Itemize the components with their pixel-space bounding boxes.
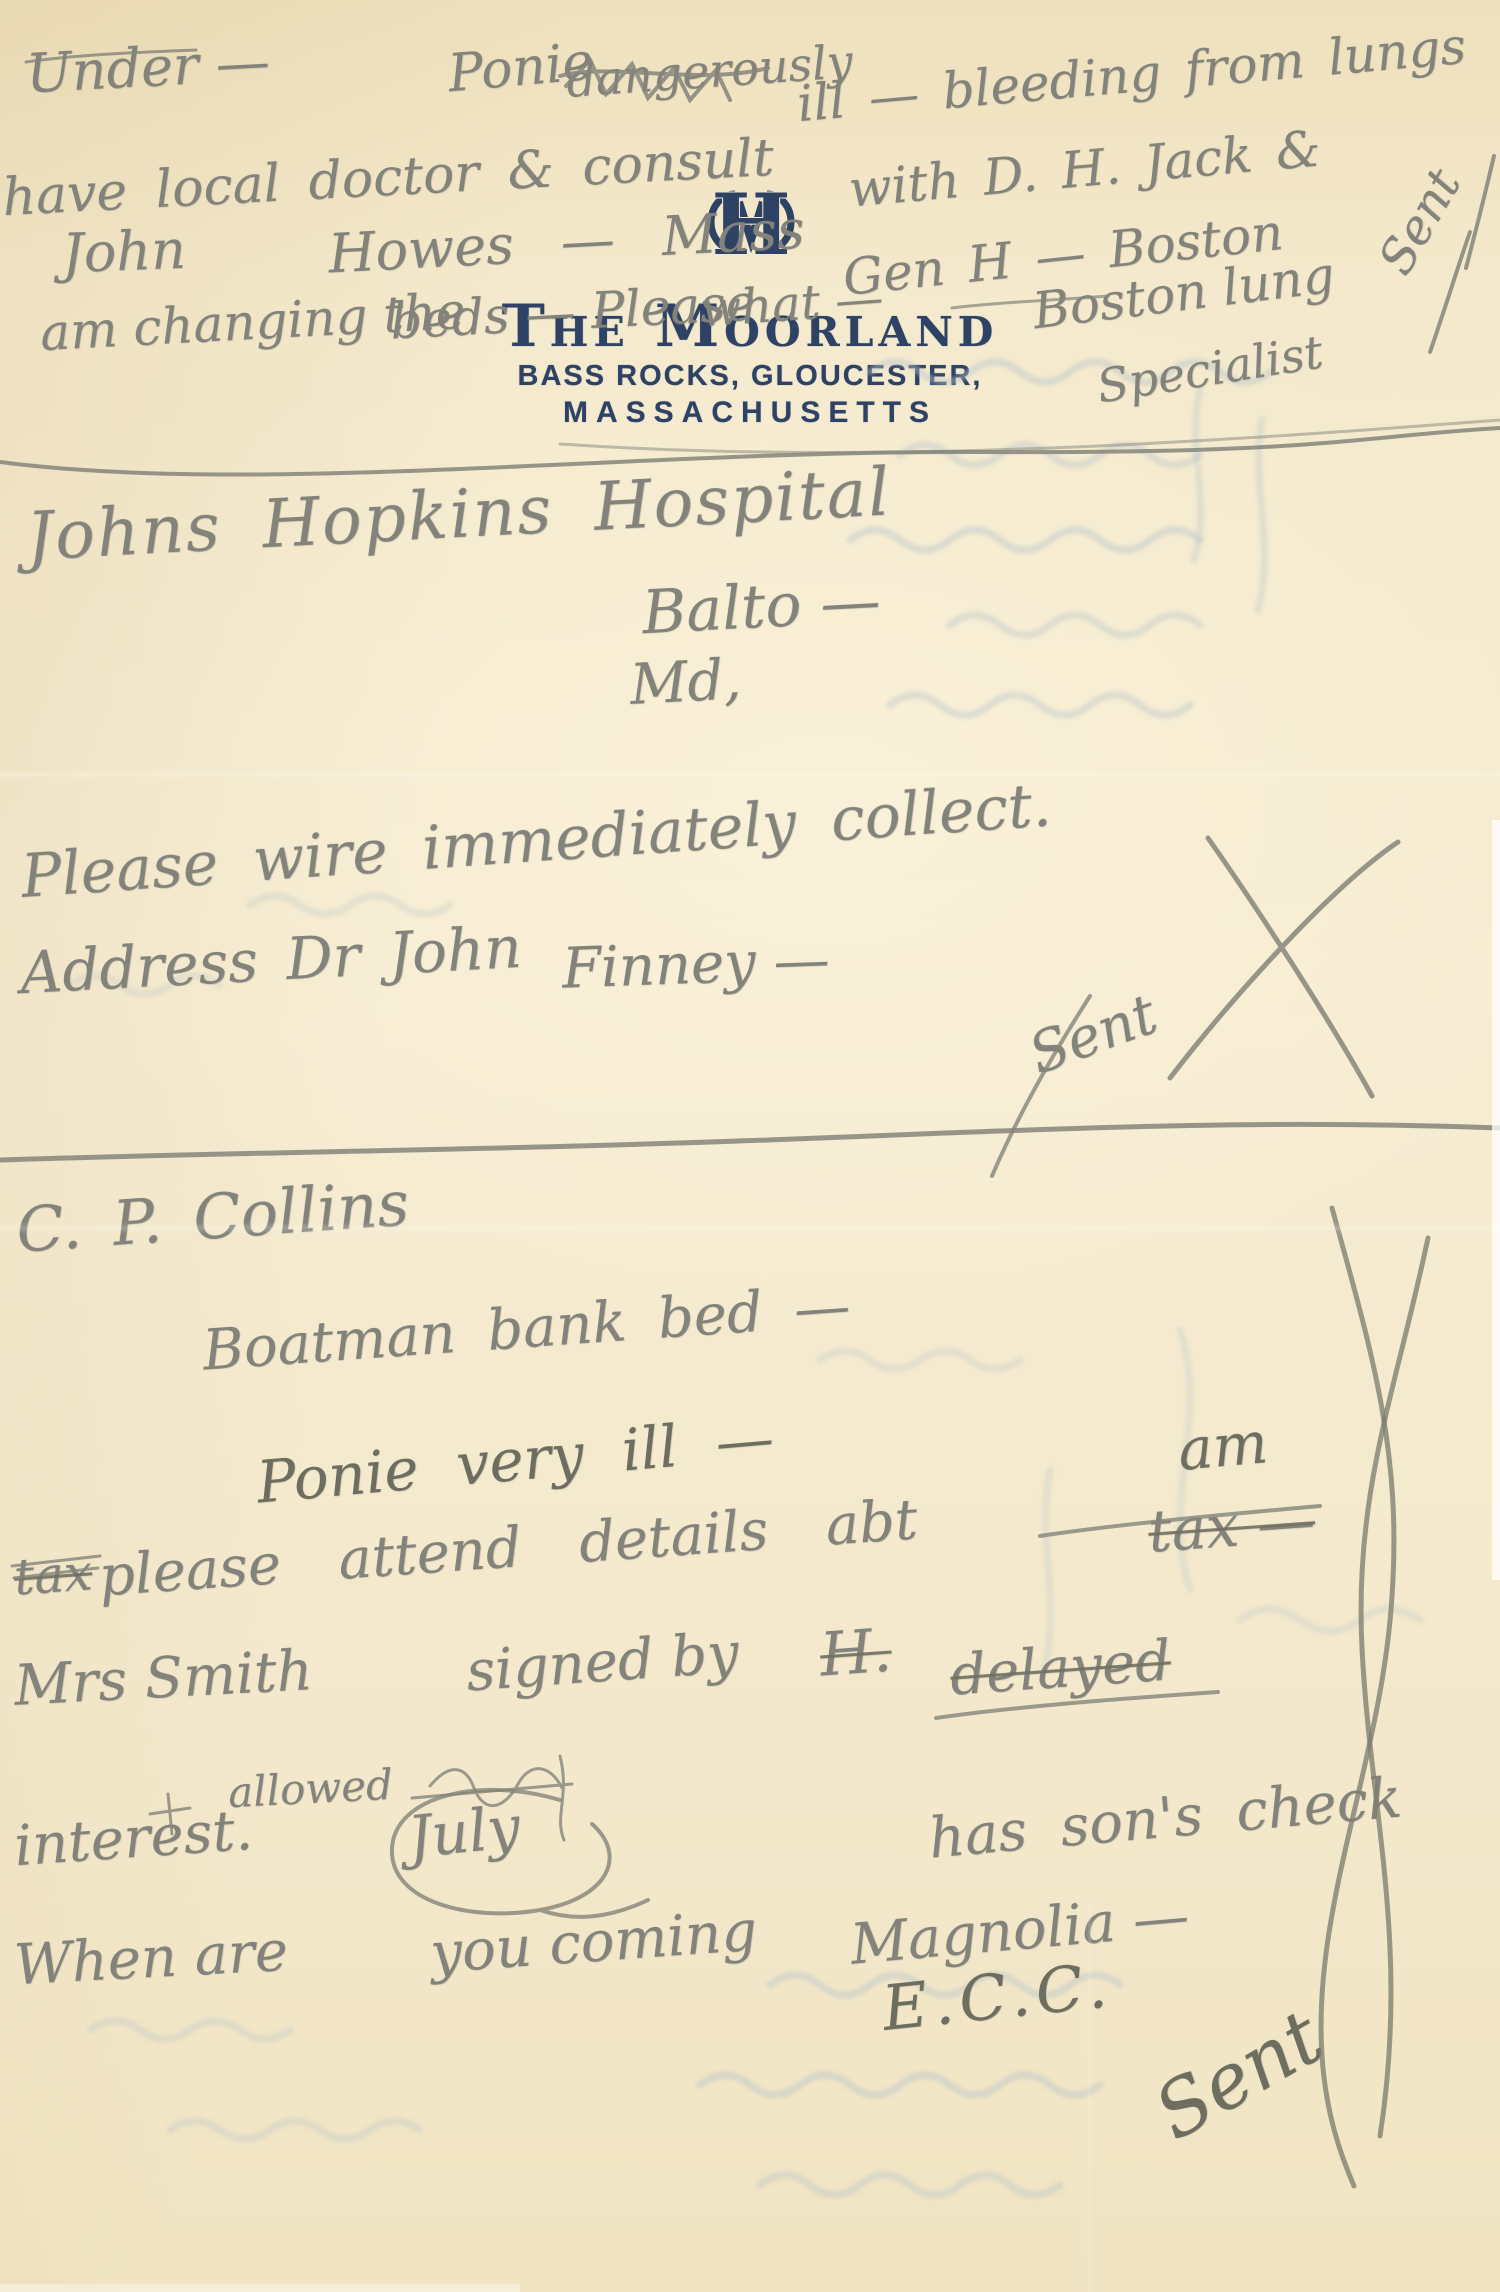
hw-t2-allowed-insert: allowed <box>227 1760 394 1818</box>
right-bracket-stroke-1 <box>1321 1208 1394 2186</box>
hw-t2-interest: interest. <box>12 1798 255 1879</box>
hw-t2-sons-check: has son's check <box>926 1765 1404 1871</box>
scan-edge-right <box>1492 820 1500 1580</box>
divider-line-2 <box>0 1124 1500 1160</box>
scan-edge-bottom <box>0 2284 520 2292</box>
hw-t2-signed-by: signed by <box>464 1621 741 1705</box>
hw-t1-hospital: Johns Hopkins Hospital <box>25 453 893 575</box>
hw-t2-tax-tail-struck: tax — <box>1146 1486 1317 1565</box>
hw-t1-md: Md, <box>628 647 742 718</box>
hw-t1-finney: Finney — <box>561 927 831 1001</box>
right-bracket-stroke-2 <box>1361 1238 1428 2136</box>
hw-t1-wire-collect: Please wire immediately collect. <box>19 770 1053 912</box>
letter-scan-page: H The Moorland BASS ROCKS, GLOUCESTER, M… <box>0 0 1500 2292</box>
x-mark <box>1170 838 1398 1096</box>
hw-t2-delayed: delayed <box>948 1628 1173 1708</box>
hw-t2-collins: C. P. Collins <box>14 1166 411 1266</box>
hw-top-line1-under: Under — <box>25 30 272 106</box>
letterhead-address-line2: MASSACHUSETTS <box>0 396 1500 430</box>
hw-top-line1-right: ill — bleeding from lungs <box>795 17 1468 133</box>
hw-top-line2-right: with D. H. Jack & <box>846 119 1322 218</box>
hw-t2-when-are: When are <box>12 1919 289 1998</box>
hw-t2-you-coming: you coming <box>428 1899 759 1987</box>
hw-t2-please-attend: please attend details abt <box>97 1487 920 1609</box>
hw-t2-am: am <box>1175 1408 1270 1484</box>
hw-t2-h-struck: H. <box>818 1616 894 1691</box>
hw-t2-mrs-smith: Mrs Smith <box>13 1638 315 1719</box>
hw-t2-tax-struck: tax <box>12 1543 94 1606</box>
hw-t1-balto: Balto — <box>640 566 882 648</box>
hw-t2-july-circled: July <box>405 1792 523 1871</box>
hw-top-line3-john: John <box>61 218 187 285</box>
hw-t2-boatman: Boatman bank bed — <box>201 1273 853 1383</box>
hw-t2-sent: Sent <box>1140 1992 1337 2157</box>
hw-t2-ponie-ill: Ponie very ill — <box>254 1404 776 1517</box>
hw-top-sent-diagonal: Sent <box>1368 159 1472 284</box>
hw-top-line3-howes: Howes — Mass <box>327 198 806 286</box>
slash-right-edge <box>1466 156 1494 268</box>
hw-t1-address: Address Dr John <box>19 913 524 1007</box>
fold-crease-upper <box>0 770 1500 779</box>
hw-t1-sent: Sent <box>1021 982 1165 1088</box>
